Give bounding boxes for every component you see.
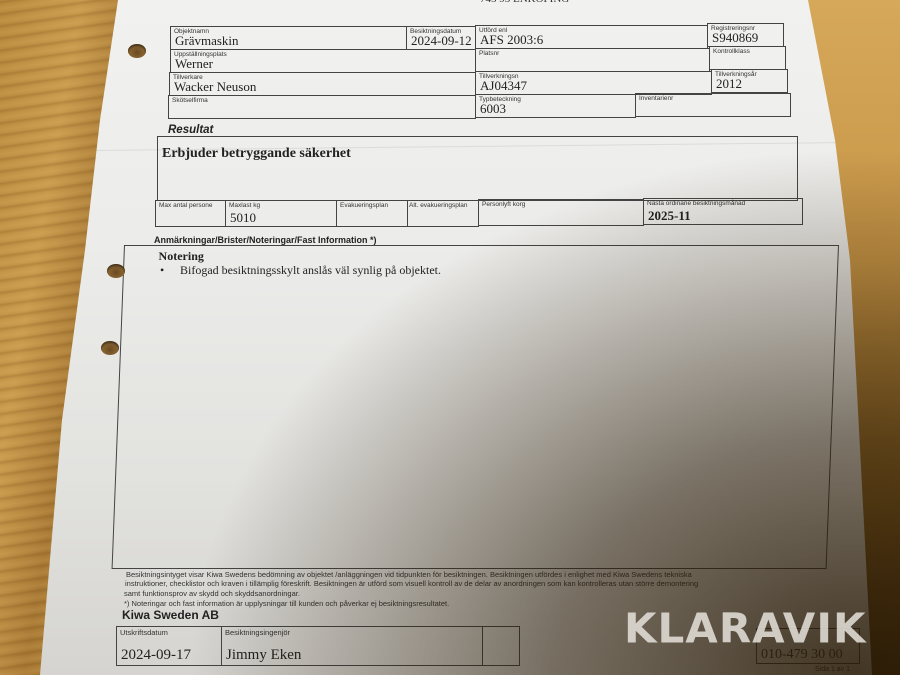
field-personlyft-korg: Personlyft korg (478, 199, 644, 226)
disclaimer-line: instruktioner, checklistor och kraven i … (125, 579, 698, 589)
label: Nästa ordinarie besiktningsmånad (647, 200, 745, 207)
field-maxlast-kg: Maxlast kg 5010 (225, 200, 337, 227)
value: Werner (175, 56, 213, 72)
resultat-verdict-box: Erbjuder betryggande säkerhet (157, 136, 798, 201)
field-registreringsnr: Registreringsnr S940869 (707, 23, 784, 47)
label: Personlyft korg (482, 201, 525, 208)
value: Jimmy Eken (226, 647, 301, 664)
value: 6003 (480, 101, 506, 117)
label: Besiktningsingenjör (225, 628, 290, 637)
label: Maxlast kg (229, 202, 260, 209)
remarks-box: Notering •Bifogad besiktningsskylt anslå… (112, 245, 839, 569)
value: 2012 (716, 76, 742, 92)
value: AJ04347 (480, 78, 527, 94)
field-nasta-besiktningsmanad: Nästa ordinarie besiktningsmånad 2025-11 (643, 198, 803, 225)
field-platsnr: Platsnr (475, 48, 710, 72)
address-fragment: 745 93 ENKÖPING (480, 0, 569, 5)
punch-hole (101, 341, 119, 355)
field-objektnamn: Objektnamn Grävmaskin (170, 26, 407, 50)
punch-hole (107, 264, 125, 278)
field-utford-enl: Utförd enl AFS 2003:6 (475, 25, 708, 49)
label: Utskriftsdatum (120, 628, 168, 637)
label: Inventarienr (639, 95, 673, 102)
field-tillverkningsar: Tillverkningsår 2012 (711, 69, 788, 93)
field-signature (482, 626, 520, 666)
value: Grävmaskin (175, 33, 239, 49)
field-alt-evakueringsplan: Alt. evakueringsplan (407, 200, 479, 227)
page-number: Sida 1 av 1 (815, 665, 850, 675)
label: Kontrollklass (713, 48, 750, 55)
field-skotselfirma: Skötselfirma (168, 95, 476, 119)
value: AFS 2003:6 (480, 32, 543, 48)
label: Alt. evakueringsplan (409, 202, 468, 209)
klaravik-watermark: KLARAVIK (624, 604, 867, 652)
field-kontrollklass: Kontrollklass (709, 46, 786, 70)
punch-hole (128, 44, 146, 58)
label: Platsnr (479, 50, 499, 57)
label: Evakueringsplan (340, 202, 388, 209)
value: 5010 (230, 210, 256, 226)
field-tillverkare: Tillverkare Wacker Neuson (169, 72, 476, 96)
field-inventarienr: Inventarienr (635, 93, 791, 117)
value: 2025-11 (648, 208, 691, 224)
field-besiktningsdatum: Besiktningsdatum 2024-09-12 (406, 26, 476, 50)
resultat-heading: Resultat (168, 124, 213, 136)
field-max-antal-personer: Max antal persone (155, 200, 226, 227)
label: Skötselfirma (172, 97, 208, 104)
bullet: • (160, 263, 180, 278)
inspection-certificate-paper: 745 93 ENKÖPING Objektnamn Grävmaskin Be… (0, 0, 900, 675)
field-typbeteckning: Typbeteckning 6003 (475, 94, 636, 118)
field-evakueringsplan: Evakueringsplan (336, 200, 408, 227)
field-tillverkningsnr: Tillverkningsn AJ04347 (475, 71, 712, 95)
field-utskriftsdatum: Utskriftsdatum 2024-09-17 (116, 626, 222, 666)
field-uppstallningsplats: Uppställningsplats Werner (170, 49, 476, 73)
field-besiktningsingenjor: Besiktningsingenjör Jimmy Eken (221, 626, 483, 666)
label: Max antal persone (159, 202, 212, 209)
resultat-verdict: Erbjuder betryggande säkerhet (162, 146, 351, 162)
remark-item: •Bifogad besiktningsskylt anslås väl syn… (160, 263, 441, 278)
value: 2024-09-17 (121, 647, 191, 664)
value: S940869 (712, 30, 758, 46)
value: 2024-09-12 (411, 33, 472, 49)
remark-text: Bifogad besiktningsskylt anslås väl synl… (180, 263, 441, 277)
value: Wacker Neuson (174, 79, 256, 95)
disclaimer-line: samt funktionsprov av skydd och skyddsan… (124, 589, 300, 599)
remarks-subheading: Notering (159, 249, 204, 264)
remarks-heading: Anmärkningar/Brister/Noteringar/Fast Inf… (154, 235, 377, 245)
company-name: Kiwa Sweden AB (122, 608, 219, 622)
